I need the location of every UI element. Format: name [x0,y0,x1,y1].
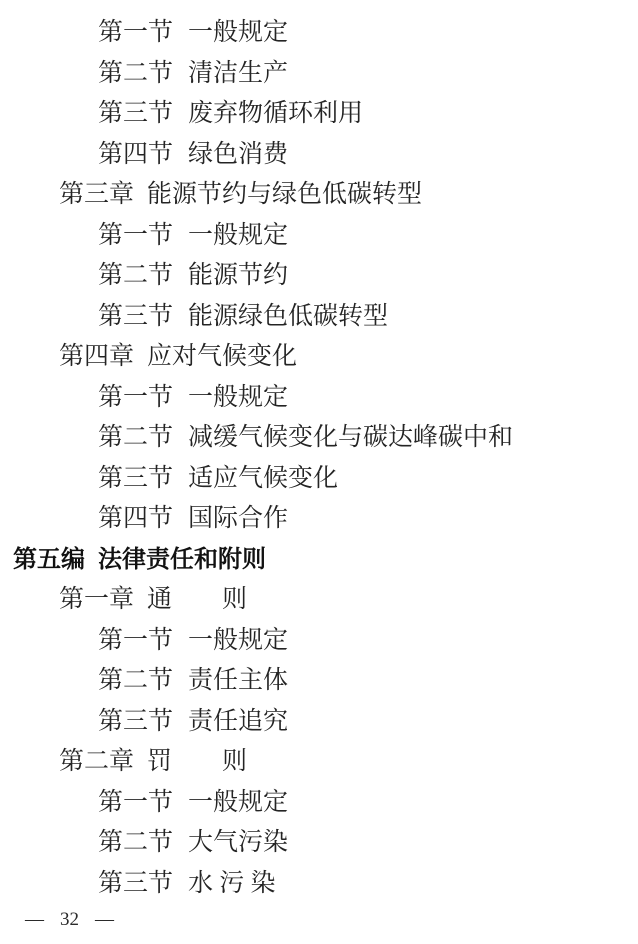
toc-entry: 第二节 能源节约 [0,253,638,294]
entry-title: 能源节约与绿色低碳转型 [147,174,422,210]
entry-title: 通 则 [147,579,247,615]
entry-label: 第三节 [98,296,173,332]
entry-label: 第一节 [98,620,173,656]
entry-label: 第一章 [59,579,134,615]
toc-entry-chapter: 第三章 能源节约与绿色低碳转型 [0,172,638,213]
toc-entry: 第一节 一般规定 [0,375,638,416]
entry-title: 法律责任和附则 [98,539,266,574]
entry-title: 清洁生产 [188,53,288,89]
entry-label: 第四章 [59,336,134,372]
page-number: 32 [60,909,79,931]
entry-title: 责任追究 [188,701,288,737]
entry-title: 应对气候变化 [147,336,297,372]
toc-entry: 第一节 一般规定 [0,780,638,821]
toc-entry: 第三节 适应气候变化 [0,456,638,497]
entry-label: 第二节 [98,255,173,291]
entry-label: 第二节 [98,53,173,89]
entry-title: 能源节约 [188,255,288,291]
entry-title: 国际合作 [188,498,288,534]
toc-entry: 第三节 废弃物循环利用 [0,91,638,132]
entry-label: 第一节 [98,377,173,413]
toc-entry: 第三节 责任追究 [0,699,638,740]
entry-label: 第一节 [98,215,173,251]
toc-entry: 第一节 一般规定 [0,618,638,659]
entry-label: 第四节 [98,134,173,170]
entry-title: 一般规定 [188,377,288,413]
entry-title: 水 污 染 [188,863,276,899]
entry-label: 第一节 [98,12,173,48]
page-footer: — 32 — [25,904,114,936]
entry-label: 第三节 [98,93,173,129]
toc-entry: 第三节 能源绿色低碳转型 [0,294,638,335]
entry-label: 第二节 [98,417,173,453]
toc-entry: 第二节 减缓气候变化与碳达峰碳中和 [0,415,638,456]
entry-label: 第二节 [98,822,173,858]
entry-label: 第四节 [98,498,173,534]
entry-title: 减缓气候变化与碳达峰碳中和 [188,417,513,453]
entry-label: 第一节 [98,782,173,818]
entry-label: 第二节 [98,660,173,696]
toc-entry: 第一节 一般规定 [0,10,638,51]
entry-title: 一般规定 [188,12,288,48]
entry-title: 罚 则 [147,741,247,777]
toc-entry: 第二节 大气污染 [0,820,638,861]
footer-right-dash: — [95,909,114,931]
toc-entry: 第一节 一般规定 [0,213,638,254]
toc-entry: 第二节 责任主体 [0,658,638,699]
toc-entry-chapter: 第一章 通 则 [0,577,638,618]
toc-entry: 第三节 水 污 染 [0,861,638,902]
footer-left-dash: — [25,909,44,931]
entry-label: 第五编 [13,539,85,574]
entry-title: 责任主体 [188,660,288,696]
toc-entry: 第四节 绿色消费 [0,132,638,173]
entry-title: 能源绿色低碳转型 [188,296,388,332]
toc-entry-part: 第五编 法律责任和附则 [0,537,638,578]
entry-title: 适应气候变化 [188,458,338,494]
toc-entry-chapter: 第二章 罚 则 [0,739,638,780]
toc-entry-chapter: 第四章 应对气候变化 [0,334,638,375]
entry-title: 废弃物循环利用 [188,93,363,129]
entry-title: 大气污染 [188,822,288,858]
toc-entry: 第二节 清洁生产 [0,51,638,92]
toc-entry: 第四节 国际合作 [0,496,638,537]
entry-title: 一般规定 [188,620,288,656]
entry-label: 第二章 [59,741,134,777]
document-page: 第一节 一般规定 第二节 清洁生产 第三节 废弃物循环利用 第四节 绿色消费 第… [0,0,638,944]
entry-label: 第三节 [98,701,173,737]
entry-title: 一般规定 [188,782,288,818]
entry-label: 第三节 [98,863,173,899]
table-of-contents: 第一节 一般规定 第二节 清洁生产 第三节 废弃物循环利用 第四节 绿色消费 第… [0,0,638,901]
entry-title: 一般规定 [188,215,288,251]
entry-label: 第三节 [98,458,173,494]
entry-title: 绿色消费 [188,134,288,170]
entry-label: 第三章 [59,174,134,210]
